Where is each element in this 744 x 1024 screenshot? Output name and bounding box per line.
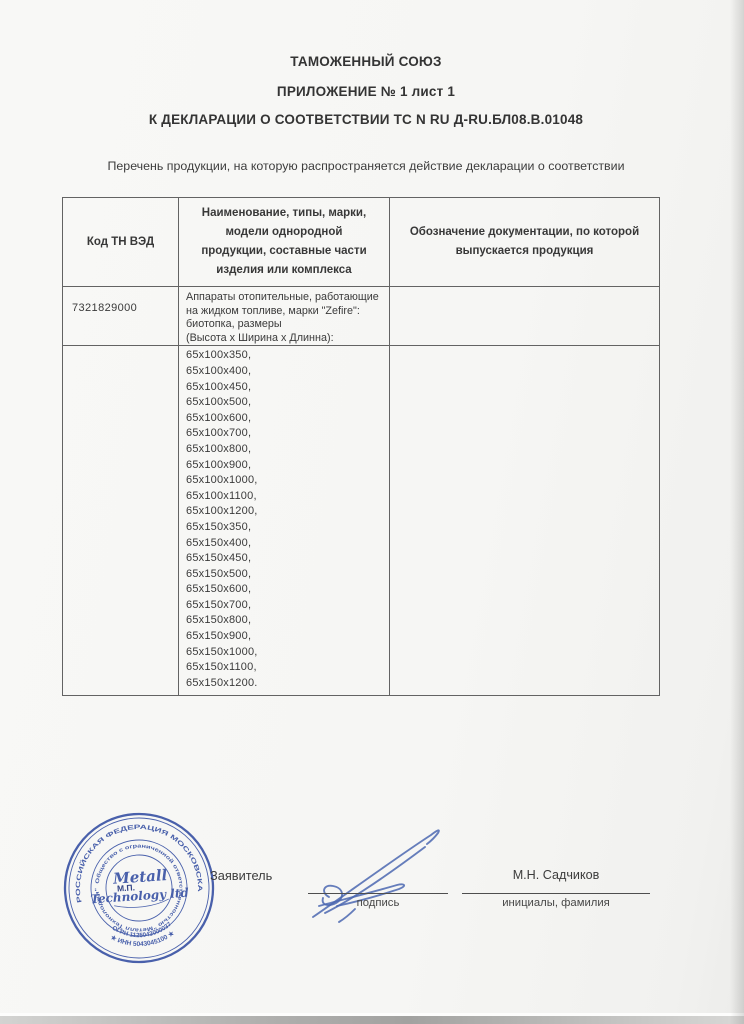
size-item: 65x150x800, — [186, 613, 389, 629]
documentation-cell — [390, 287, 660, 346]
applicant-name: М.Н. Садчиков — [462, 868, 650, 882]
size-item: 65x150x900, — [186, 629, 389, 645]
size-item: 65x150x600, — [186, 582, 389, 598]
product-description: Аппараты отопительные, работающие на жид… — [179, 287, 390, 346]
header-product-name: Наименование, типы, марки, модели одноро… — [179, 198, 390, 287]
size-item: 65x150x1100, — [186, 660, 389, 676]
doc-title-annex: ПРИЛОЖЕНИЕ № 1 лист 1 — [0, 84, 732, 99]
size-item: 65x150x1200. — [186, 676, 389, 692]
size-item: 65x100x800, — [186, 442, 389, 458]
size-item: 65x150x700, — [186, 598, 389, 614]
table-row-sizes: 65x100x350,65x100x400,65x100x450,65x100x… — [63, 346, 660, 696]
signature-line — [308, 893, 448, 894]
size-item: 65x150x500, — [186, 567, 389, 583]
scan-bottom-edge — [0, 1016, 744, 1024]
name-caption: инициалы, фамилия — [462, 897, 650, 909]
size-item: 65x100x400, — [186, 364, 389, 380]
tn-ved-code: 7321829000 — [63, 287, 179, 346]
scanned-declaration-page: ТАМОЖЕННЫЙ СОЮЗ ПРИЛОЖЕНИЕ № 1 лист 1 К … — [0, 0, 744, 1024]
doc-subtitle-product-list: Перечень продукции, на которую распростр… — [0, 159, 732, 173]
header-code-tn-ved: Код ТН ВЭД — [63, 198, 179, 287]
size-item: 65x100x500, — [186, 395, 389, 411]
applicant-label: Заявитель — [210, 868, 272, 883]
size-item: 65x100x450, — [186, 380, 389, 396]
size-item: 65x150x450, — [186, 551, 389, 567]
size-item: 65x100x1000, — [186, 473, 389, 489]
size-item: 65x100x900, — [186, 458, 389, 474]
company-round-stamp: РОССИЙСКАЯ ФЕДЕРАЦИЯ МОСКОВСКАЯ ОБЛАСТЬ … — [51, 800, 226, 975]
table-row: 7321829000 Аппараты отопительные, работа… — [63, 287, 660, 346]
doc-title-customs-union: ТАМОЖЕННЫЙ СОЮЗ — [0, 54, 732, 69]
scan-right-edge-shadow — [730, 0, 744, 1024]
size-item: 65x150x400, — [186, 536, 389, 552]
stamp-mp-label: М.П. — [117, 882, 136, 893]
size-item: 65x100x350, — [186, 348, 389, 364]
size-item: 65x100x700, — [186, 426, 389, 442]
name-line — [462, 893, 650, 894]
product-table: Код ТН ВЭД Наименование, типы, марки, мо… — [62, 197, 660, 696]
header-documentation: Обозначение документации, по которой вып… — [390, 198, 660, 287]
size-list: 65x100x350,65x100x400,65x100x450,65x100x… — [179, 346, 390, 696]
table-header-row: Код ТН ВЭД Наименование, типы, марки, мо… — [63, 198, 660, 287]
empty-cell — [63, 346, 179, 696]
doc-title-declaration-number: К ДЕКЛАРАЦИИ О СООТВЕТСТВИИ ТС N RU Д-RU… — [0, 112, 732, 127]
size-item: 65x150x350, — [186, 520, 389, 536]
empty-cell — [390, 346, 660, 696]
size-item: 65x100x1100, — [186, 489, 389, 505]
signature-caption: подпись — [308, 897, 448, 909]
size-item: 65x100x1200, — [186, 504, 389, 520]
size-item: 65x100x600, — [186, 411, 389, 427]
size-item: 65x150x1000, — [186, 645, 389, 661]
